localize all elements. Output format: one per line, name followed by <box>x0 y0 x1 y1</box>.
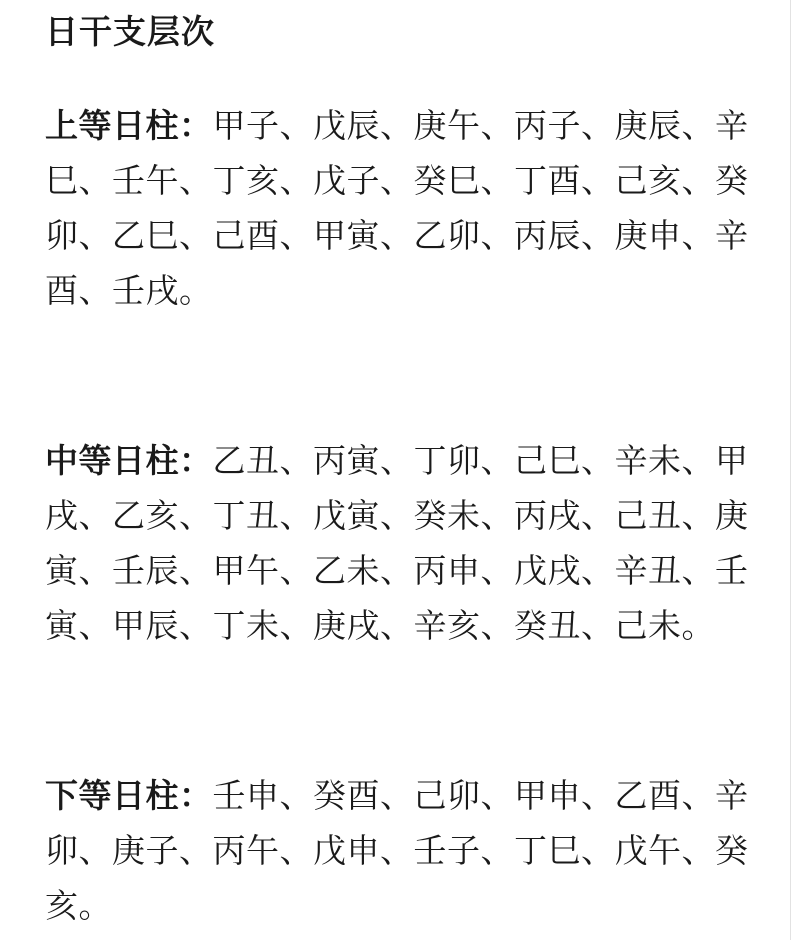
section-label-middle: 中等日柱： <box>45 442 213 479</box>
section-label-upper: 上等日柱： <box>45 107 213 144</box>
section-label-lower: 下等日柱： <box>45 777 213 814</box>
document-page: 日干支层次 上等日柱：甲子、戊辰、庚午、丙子、庚辰、辛巳、壬午、丁亥、戊子、癸巳… <box>0 10 800 933</box>
section-middle-grade-day-pillars: 中等日柱：乙丑、丙寅、丁卯、己巳、辛未、甲戌、乙亥、丁丑、戊寅、癸未、丙戌、己丑… <box>45 433 755 653</box>
section-lower-grade-day-pillars: 下等日柱：壬申、癸酉、己卯、甲申、乙酉、辛卯、庚子、丙午、戊申、壬子、丁巳、戊午… <box>45 768 755 933</box>
page-edge-divider <box>790 0 791 940</box>
page-title: 日干支层次 <box>45 10 755 54</box>
section-upper-grade-day-pillars: 上等日柱：甲子、戊辰、庚午、丙子、庚辰、辛巳、壬午、丁亥、戊子、癸巳、丁酉、己亥… <box>45 98 755 318</box>
